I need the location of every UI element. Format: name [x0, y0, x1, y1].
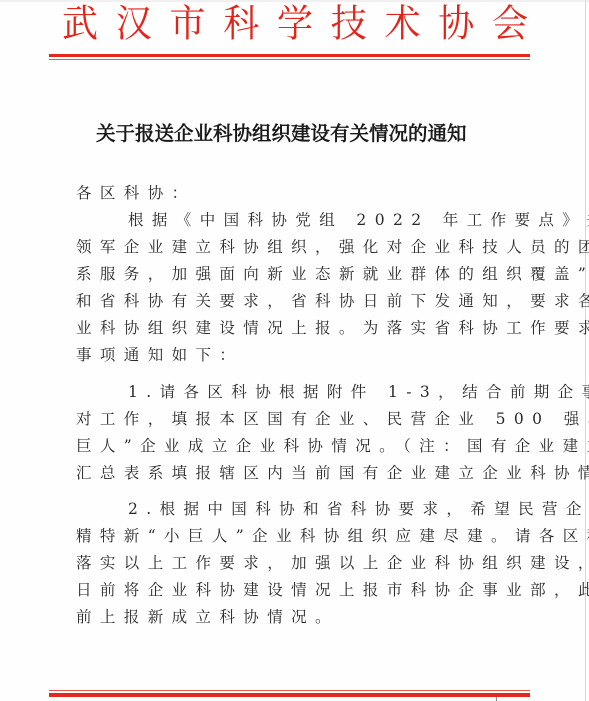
item1-line: 巨人”企业成立企业科协情况。（注：国有企业建立企业科协: [76, 433, 589, 460]
letterhead-char: 术: [383, 2, 423, 48]
item1-line: 对工作，填报本区国有企业、民营企业 500 强、专精特新“小: [76, 406, 589, 433]
footer-rule-thin: [49, 690, 530, 691]
intro-line: 和省科协有关要求，省科协日前下发通知，要求各地将本地企: [76, 288, 589, 315]
footer-rule-thick: [49, 693, 530, 697]
letterhead-char: 科: [221, 2, 261, 48]
intro-line: 领军企业建立科协组织，强化对企业科技人员的团结引领和联: [76, 234, 589, 261]
intro-line: 事项通知如下：: [76, 342, 243, 369]
salutation: 各区科协：: [76, 180, 196, 207]
letterhead-char: 武: [60, 2, 100, 48]
item2-line: 2.根据中国科协和省科协要求，希望民营企业 500 强、专: [128, 496, 589, 523]
intro-line: 系服务，加强面向新业态新就业群体的组织覆盖”的相关工作: [76, 261, 589, 288]
item2-line: 落实以上工作要求，加强以上企业科协组织建设，并于 4 月 3: [76, 550, 589, 577]
intro-line: 业科协组织建设情况上报。为落实省科协工作要求，现就有关: [76, 315, 589, 342]
item2-line: 日前将企业科协建设情况上报市科协企事业部，此后每月 3 日: [76, 577, 589, 604]
letterhead-char: 协: [436, 2, 476, 48]
letterhead-char: 技: [329, 2, 369, 48]
document-page: 武 汉 市 科 学 技 术 协 会 关于报送企业科协组织建设有关情况的通知 各区…: [0, 0, 589, 701]
page-number: 1: [495, 697, 498, 701]
letterhead-char: 汉: [114, 2, 154, 48]
letterhead-rule-thick: [49, 54, 530, 57]
item2-line: 精特新“小巨人”企业科协组织应建尽建。请各区科协务必认真: [76, 523, 589, 550]
item1-line: 1.请各区科协根据附件 1-3，结合前期企事业科协组织核: [128, 379, 589, 406]
item1-line: 汇总表系填报辖区内当前国有企业建立企业科协情况）。: [76, 460, 589, 487]
document-title: 关于报送企业科协组织建设有关情况的通知: [96, 121, 496, 147]
letterhead-rule-thin: [49, 59, 530, 60]
letterhead-char: 市: [168, 2, 208, 48]
intro-line: 根据《中国科协党组 2022 年工作要点》关于“推动在科技: [128, 207, 589, 234]
letterhead-char: 学: [275, 2, 315, 48]
letterhead-org-name: 武 汉 市 科 学 技 术 协 会: [60, 3, 530, 47]
letterhead-char: 会: [490, 2, 530, 48]
item2-line: 前上报新成立科协情况。: [76, 604, 339, 631]
